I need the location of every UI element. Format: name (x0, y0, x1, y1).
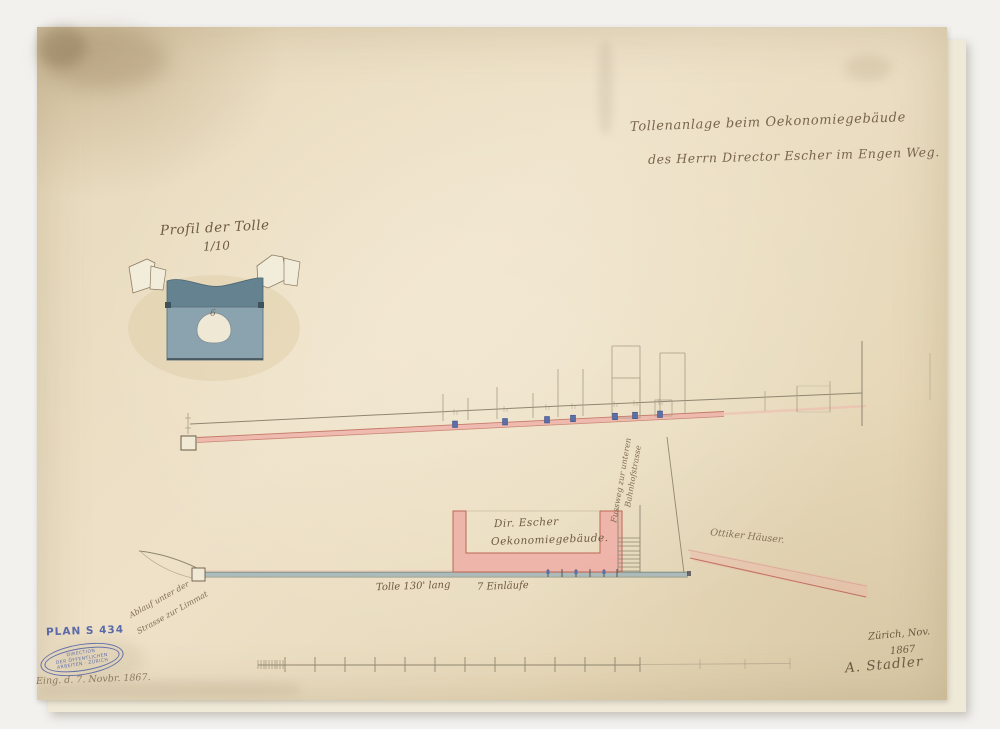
scanned-plan-sheet: Tollenanlage beim Oekonomiegebäude des H… (0, 0, 1000, 729)
scale-bar (258, 657, 790, 672)
stamp-text-line-1: DIRECTION (66, 649, 96, 659)
stamp-text-line-2: DER ÖFFENTLICHEN (56, 653, 109, 667)
building-owner-label: Dir. Escher (494, 517, 559, 531)
longitudinal-profile-drawing (181, 341, 930, 450)
opening-size-mark: 6 (210, 310, 216, 320)
inlet-count-note: 7 Einläufe (477, 580, 529, 593)
profile-scale: 1/10 (203, 239, 231, 254)
stamp-text-line-3: ARBEITEN · ZÜRICH (57, 658, 109, 672)
